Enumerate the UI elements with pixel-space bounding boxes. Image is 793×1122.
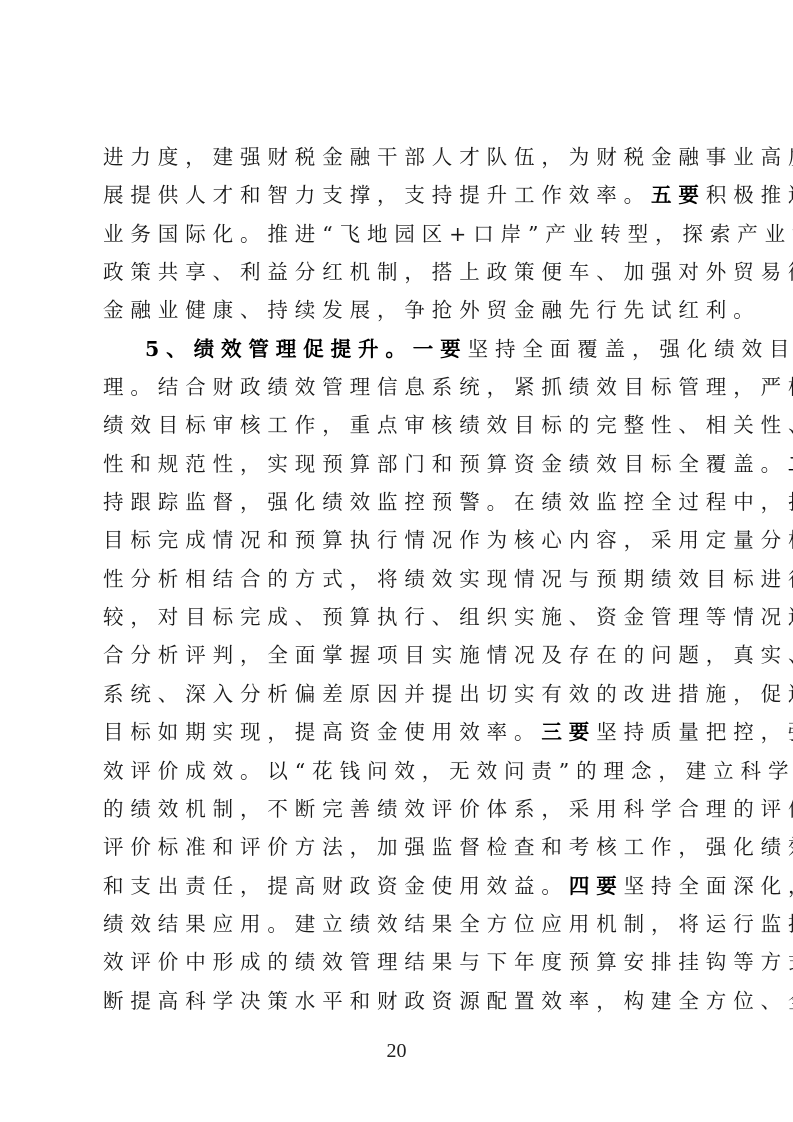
body-text: 进力度，建强财税金融干部人才队伍，为财税金融事业高质量发展提供人才和智力支撑，支… [103, 138, 695, 1020]
text-line: 持跟踪监督，强化绩效监控预警。在绩效监控全过程中，把绩效 [103, 483, 695, 521]
text-line: 理。结合财政绩效管理信息系统，紧抓绩效目标管理，严格落实 [103, 368, 695, 406]
text-segment: 坚持全面深化，强化 [624, 874, 793, 898]
text-segment: 政策共享、利益分红机制，搭上政策便车、加强对外贸易衍生的 [103, 260, 793, 284]
text-line: 效评价中形成的绩效管理结果与下年度预算安排挂钩等方式，不 [103, 943, 695, 981]
text-segment: 进力度，建强财税金融干部人才队伍，为财税金融事业高质量发 [103, 145, 793, 169]
text-line: 较，对目标完成、预算执行、组织实施、资金管理等情况进行综 [103, 598, 695, 636]
page-number: 20 [0, 1040, 793, 1063]
text-segment: 效评价成效。以“花钱问效，无效问责”的理念，建立科学合理 [103, 759, 793, 783]
text-segment: 目标完成情况和预算执行情况作为核心内容，采用定量分析和定 [103, 528, 793, 552]
text-line: 评价标准和评价方法，加强监督检查和考核工作，强化绩效理念 [103, 828, 695, 866]
text-segment: 金融业健康、持续发展，争抢外贸金融先行先试红利。 [103, 298, 761, 322]
text-line: 性和规范性，实现预算部门和预算资金绩效目标全覆盖。二要坚 [103, 445, 695, 483]
text-line: 目标如期实现，提高资金使用效率。三要坚持质量把控，强化绩 [103, 713, 695, 751]
text-segment: 理。结合财政绩效管理信息系统，紧抓绩效目标管理，严格落实 [103, 375, 793, 399]
text-line: 金融业健康、持续发展，争抢外贸金融先行先试红利。 [103, 291, 695, 329]
section-heading-line: 5、绩效管理促提升。一要坚持全面覆盖，强化绩效目标管 [103, 330, 695, 368]
text-segment: 合分析评判，全面掌握项目实施情况及存在的问题，真实、客观、 [103, 643, 793, 667]
text-segment: 性分析相结合的方式，将绩效实现情况与预期绩效目标进行比 [103, 567, 793, 591]
bold-keyword: 一要 [413, 337, 468, 361]
text-line: 业务国际化。推进“飞地园区+口岸”产业转型，探索产业协同、 [103, 215, 695, 253]
document-page: 进力度，建强财税金融干部人才队伍，为财税金融事业高质量发展提供人才和智力支撑，支… [0, 0, 793, 1122]
text-segment: 坚持全面覆盖，强化绩效目标管 [468, 337, 793, 361]
text-line: 性分析相结合的方式，将绩效实现情况与预期绩效目标进行比 [103, 560, 695, 598]
text-line: 目标完成情况和预算执行情况作为核心内容，采用定量分析和定 [103, 521, 695, 559]
text-segment: 积极推进金融 [706, 183, 793, 207]
text-line: 效评价成效。以“花钱问效，无效问责”的理念，建立科学合理 [103, 752, 695, 790]
text-line: 和支出责任，提高财政资金使用效益。四要坚持全面深化，强化 [103, 867, 695, 905]
text-segment: 系统、深入分析偏差原因并提出切实有效的改进措施，促进绩效 [103, 682, 793, 706]
text-line: 合分析评判，全面掌握项目实施情况及存在的问题，真实、客观、 [103, 636, 695, 674]
text-line: 绩效目标审核工作，重点审核绩效目标的完整性、相关性、科学 [103, 406, 695, 444]
bold-keyword: 四要 [569, 874, 624, 898]
text-line: 展提供人才和智力支撑，支持提升工作效率。五要积极推进金融 [103, 176, 695, 214]
text-segment: 的绩效机制，不断完善绩效评价体系，采用科学合理的评价指标、 [103, 797, 793, 821]
text-segment: 效评价中形成的绩效管理结果与下年度预算安排挂钩等方式，不 [103, 950, 793, 974]
text-segment: 绩效结果应用。建立绩效结果全方位应用机制，将运行监控和绩 [103, 912, 793, 936]
bold-keyword: 5、绩效管理促提升。 [145, 337, 413, 361]
bold-keyword: 二要 [788, 452, 793, 476]
text-line: 政策共享、利益分红机制，搭上政策便车、加强对外贸易衍生的 [103, 253, 695, 291]
bold-keyword: 三要 [541, 720, 596, 744]
text-segment: 展提供人才和智力支撑，支持提升工作效率。 [103, 183, 651, 207]
text-segment: 和支出责任，提高财政资金使用效益。 [103, 874, 569, 898]
text-segment: 业务国际化。推进“飞地园区+口岸”产业转型，探索产业协同、 [103, 222, 793, 246]
text-line: 绩效结果应用。建立绩效结果全方位应用机制，将运行监控和绩 [103, 905, 695, 943]
text-segment: 持跟踪监督，强化绩效监控预警。在绩效监控全过程中，把绩效 [103, 490, 793, 514]
text-segment: 性和规范性，实现预算部门和预算资金绩效目标全覆盖。 [103, 452, 788, 476]
text-line: 系统、深入分析偏差原因并提出切实有效的改进措施，促进绩效 [103, 675, 695, 713]
text-segment: 断提高科学决策水平和财政资源配置效率，构建全方位、全过程、 [103, 989, 793, 1013]
text-line: 断提高科学决策水平和财政资源配置效率，构建全方位、全过程、 [103, 982, 695, 1020]
text-segment: 目标如期实现，提高资金使用效率。 [103, 720, 541, 744]
text-line: 进力度，建强财税金融干部人才队伍，为财税金融事业高质量发 [103, 138, 695, 176]
text-segment: 坚持质量把控，强化绩 [596, 720, 793, 744]
text-segment: 较，对目标完成、预算执行、组织实施、资金管理等情况进行综 [103, 605, 793, 629]
text-line: 的绩效机制，不断完善绩效评价体系，采用科学合理的评价指标、 [103, 790, 695, 828]
bold-keyword: 五要 [651, 183, 706, 207]
text-segment: 绩效目标审核工作，重点审核绩效目标的完整性、相关性、科学 [103, 413, 793, 437]
text-segment: 评价标准和评价方法，加强监督检查和考核工作，强化绩效理念 [103, 835, 793, 859]
